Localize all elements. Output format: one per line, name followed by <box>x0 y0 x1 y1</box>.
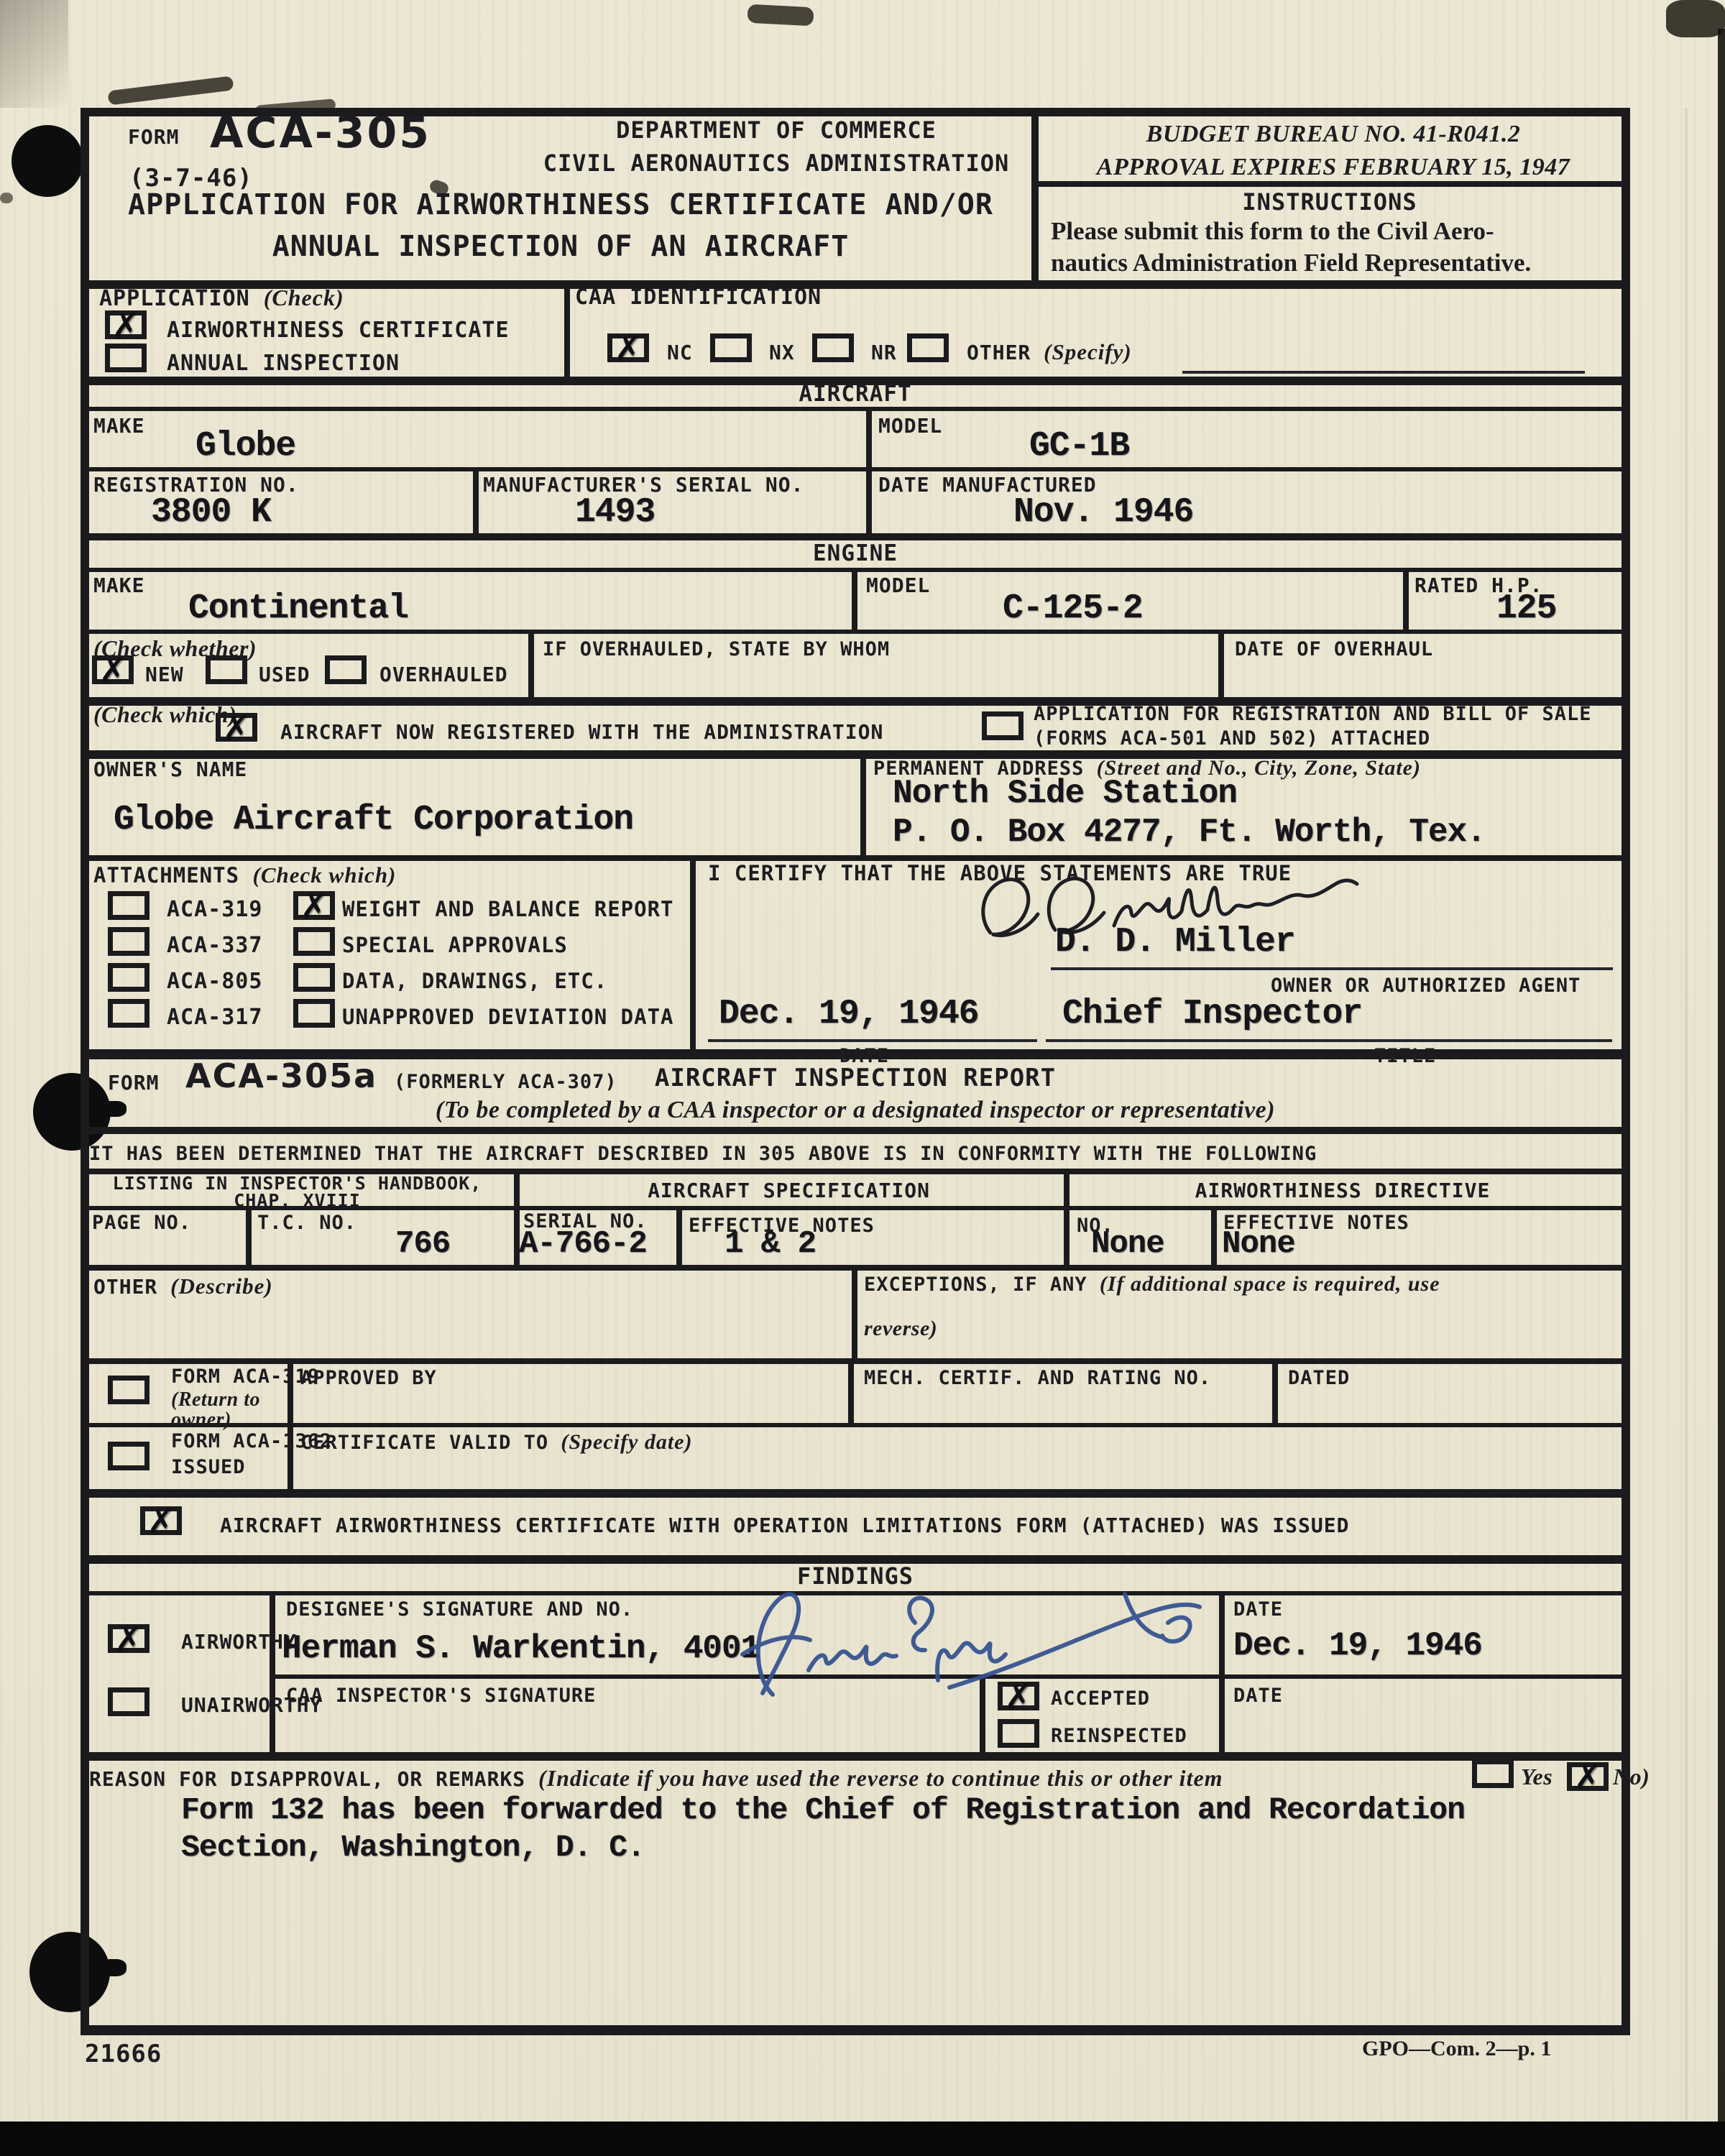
approved-by-label: APPROVED BY <box>300 1367 437 1389</box>
overhauled-checkbox <box>325 655 367 684</box>
rule <box>852 568 857 630</box>
title-line <box>1046 1039 1612 1042</box>
aca-319-label: ACA-319 <box>167 897 262 922</box>
exceptions-label-line1: EXCEPTIONS, IF ANY (If additional space … <box>864 1272 1440 1296</box>
inspection-report-subtitle: (To be completed by a CAA inspector or a… <box>80 1097 1630 1124</box>
designee-signature-value: Herman S. Warkentin, 4001 <box>282 1630 760 1667</box>
findings-date-label: DATE <box>1233 1598 1283 1621</box>
remarks-no-checkbox: ✗ <box>1567 1762 1609 1791</box>
nc-label: NC <box>667 341 693 364</box>
rule <box>473 467 479 533</box>
owner-address-line1: North Side Station <box>893 775 1237 812</box>
inspection-report-title: AIRCRAFT INSPECTION REPORT <box>80 1064 1630 1092</box>
budget-bureau-line2: APPROVAL EXPIRES FEBRUARY 15, 1947 <box>1046 154 1621 181</box>
weight-balance-label: WEIGHT AND BALANCE REPORT <box>342 897 674 921</box>
scan-corner-shadow <box>0 0 68 108</box>
rule <box>1218 630 1224 697</box>
aca-317-checkbox <box>108 999 149 1028</box>
owner-agent-label: OWNER OR AUTHORIZED AGENT <box>1271 975 1581 997</box>
weight-balance-checkbox: ✗ <box>293 891 335 920</box>
rule <box>80 467 1630 471</box>
certificate-issued-checkbox: ✗ <box>140 1506 182 1535</box>
engine-model-value: C-125-2 <box>1003 589 1143 628</box>
punch-hole <box>11 125 83 197</box>
nx-label: NX <box>769 341 795 364</box>
other-checkbox <box>907 333 949 362</box>
rule <box>866 467 872 533</box>
engine-make-value: Continental <box>188 589 408 628</box>
determination-statement: IT HAS BEEN DETERMINED THAT THE AIRCRAFT… <box>89 1143 1317 1165</box>
nc-checkbox: ✗ <box>607 333 649 362</box>
date-manufactured-value: Nov. 1946 <box>1013 493 1193 532</box>
footer-gpo-imprint: GPO—Com. 2—p. 1 <box>1362 2037 1551 2061</box>
aircraft-section-title: AIRCRAFT <box>80 381 1630 407</box>
rule <box>80 855 1630 861</box>
other-label: OTHER (Specify) <box>967 339 1132 365</box>
remarks-yes-label: Yes <box>1521 1764 1552 1790</box>
airworthiness-certificate-checkbox: ✗ <box>105 310 147 339</box>
scanned-form-page: FORM ACA-305 (3-7-46) DEPARTMENT OF COMM… <box>0 0 1725 2156</box>
special-approvals-checkbox <box>293 927 335 956</box>
punch-hole <box>29 1932 110 2012</box>
rule <box>80 1752 1630 1761</box>
rule <box>1031 108 1039 280</box>
accepted-label: ACCEPTED <box>1051 1687 1150 1710</box>
certify-date-value: Dec. 19, 1946 <box>719 995 978 1033</box>
used-label: USED <box>259 663 310 686</box>
tc-no-value: 766 <box>395 1226 450 1262</box>
unapproved-deviation-label: UNAPPROVED DEVIATION DATA <box>342 1005 674 1029</box>
rule <box>80 1489 1630 1498</box>
bill-of-sale-checkbox <box>982 711 1023 740</box>
nr-checkbox <box>812 333 854 362</box>
scan-smudge <box>1666 0 1725 37</box>
handbook-header-line2: CHAP. XVIII <box>80 1190 514 1211</box>
certify-title-value: Chief Inspector <box>1062 995 1362 1033</box>
instructions-line1: Please submit this form to the Civil Aer… <box>1051 217 1494 246</box>
form-label: FORM <box>128 125 179 149</box>
rule <box>80 1423 1630 1427</box>
designee-signature-label: DESIGNEE'S SIGNATURE AND NO. <box>286 1598 633 1621</box>
rule <box>848 1358 854 1423</box>
scan-bottom-band <box>0 2122 1725 2156</box>
remarks-no-label: No) <box>1613 1764 1650 1790</box>
rule <box>80 407 1630 411</box>
aircraft-make-value: Globe <box>195 427 295 466</box>
airworthy-checkbox: ✗ <box>108 1624 149 1653</box>
rule <box>80 1358 1630 1364</box>
remarks-label: REASON FOR DISAPPROVAL, OR REMARKS (Indi… <box>89 1765 1223 1792</box>
rule <box>80 630 1630 634</box>
instructions-title: INSTRUCTIONS <box>1039 188 1621 216</box>
form-aca-319-name: FORM ACA-319 <box>171 1365 320 1388</box>
form-aca-319-return2: owner) <box>171 1409 231 1432</box>
rule <box>1031 181 1630 187</box>
rule <box>246 1206 252 1265</box>
rule <box>80 533 1630 540</box>
airworthiness-directive-header: AIRWORTHINESS DIRECTIVE <box>1064 1179 1621 1202</box>
aca-337-checkbox <box>108 927 149 956</box>
other-specify-line <box>1182 371 1585 374</box>
other-describe-label: OTHER (Describe) <box>93 1273 273 1299</box>
footer-serial-number: 21666 <box>85 2040 162 2068</box>
department-line: DEPARTMENT OF COMMERCE <box>521 116 1031 144</box>
reinspected-label: REINSPECTED <box>1051 1725 1187 1747</box>
certificate-valid-label: CERTIFICATE VALID TO (Specify date) <box>300 1430 692 1455</box>
scan-smudge <box>0 193 13 203</box>
form-title-line2: ANNUAL INSPECTION OF AN AIRCRAFT <box>93 230 1028 263</box>
special-approvals-label: SPECIAL APPROVALS <box>342 933 568 957</box>
form-number: ACA-305 <box>210 108 431 158</box>
attachments-label: ATTACHMENTS (Check which) <box>93 862 396 888</box>
department-line: CIVIL AERONAUTICS ADMINISTRATION <box>521 149 1031 177</box>
data-drawings-checkbox <box>293 963 335 992</box>
nr-label: NR <box>871 341 897 364</box>
form-title-line1: APPLICATION FOR AIRWORTHINESS CERTIFICAT… <box>93 188 1028 221</box>
form-border-bottom <box>80 2025 1630 2035</box>
overhauled-by-label: IF OVERHAULED, STATE BY WHOM <box>543 638 890 660</box>
caa-identification-label: CAA IDENTIFICATION <box>575 285 822 310</box>
annual-inspection-checkbox <box>105 344 147 372</box>
exceptions-label-line2: reverse) <box>864 1317 937 1341</box>
remarks-text-line2: Section, Washington, D. C. <box>181 1830 645 1865</box>
used-checkbox <box>206 655 247 684</box>
rule <box>1403 568 1409 630</box>
registration-no-value: 3800 K <box>151 493 271 532</box>
certificate-issued-label: AIRCRAFT AIRWORTHINESS CERTIFICATE WITH … <box>220 1514 1349 1537</box>
directive-notes-value: None <box>1222 1226 1295 1262</box>
punch-hole-tail <box>101 1959 126 1976</box>
rule <box>860 750 866 855</box>
findings-date2-label: DATE <box>1233 1685 1283 1707</box>
aca-805-label: ACA-805 <box>167 969 262 994</box>
airworthiness-certificate-label: AIRWORTHINESS CERTIFICATE <box>167 318 510 343</box>
findings-date-value: Dec. 19, 1946 <box>1233 1627 1482 1664</box>
form-aca-1362-checkbox <box>108 1442 149 1470</box>
engine-model-label: MODEL <box>866 573 930 597</box>
scan-smudge <box>747 4 814 27</box>
rule <box>676 1206 682 1265</box>
scan-smudge <box>107 75 234 105</box>
data-drawings-label: DATA, DRAWINGS, ETC. <box>342 969 607 993</box>
new-checkbox: ✗ <box>92 655 134 684</box>
form-aca-319-checkbox <box>108 1376 149 1404</box>
owner-name-value: Globe Aircraft Corporation <box>114 801 633 839</box>
engine-section-title: ENGINE <box>80 540 1630 566</box>
aircraft-make-label: MAKE <box>93 414 144 438</box>
aca-317-label: ACA-317 <box>167 1005 262 1030</box>
aircraft-model-label: MODEL <box>878 414 942 438</box>
bill-of-sale-line1: APPLICATION FOR REGISTRATION AND BILL OF… <box>1034 703 1592 725</box>
rule <box>528 630 534 697</box>
remarks-text-line1: Form 132 has been forwarded to the Chief… <box>181 1792 1465 1828</box>
dated-label: DATED <box>1288 1367 1350 1389</box>
remarks-yes-checkbox <box>1472 1759 1514 1788</box>
registered-label: AIRCRAFT NOW REGISTERED WITH THE ADMINIS… <box>280 720 883 744</box>
rule <box>690 855 696 1049</box>
budget-bureau-line1: BUDGET BUREAU NO. 41-R041.2 <box>1046 121 1621 148</box>
rule <box>852 1265 857 1358</box>
certify-signer-name: D. D. Miller <box>1055 923 1295 962</box>
tc-no-label: T.C. NO. <box>257 1212 356 1234</box>
aircraft-model-value: GC-1B <box>1029 427 1129 466</box>
form-aca-1362-issued: ISSUED <box>171 1456 246 1478</box>
unairworthy-checkbox <box>108 1687 149 1716</box>
caa-inspector-signature-label: CAA INSPECTOR'S SIGNATURE <box>286 1685 596 1707</box>
aca-337-label: ACA-337 <box>167 933 262 958</box>
rule <box>270 1591 275 1752</box>
rule <box>1272 1358 1278 1423</box>
instructions-line2: nautics Administration Field Representat… <box>1051 249 1531 277</box>
mfr-serial-value: 1493 <box>575 493 655 532</box>
rule <box>866 407 872 467</box>
rule <box>1211 1206 1217 1265</box>
aca-805-checkbox <box>108 963 149 992</box>
bill-of-sale-line2: (FORMS ACA-501 AND 502) ATTACHED <box>1034 727 1430 750</box>
serial-no-value: A-766-2 <box>519 1226 647 1262</box>
annual-inspection-label: ANNUAL INSPECTION <box>167 351 400 376</box>
paper-edge-right <box>1718 29 1725 2122</box>
rated-hp-value: 125 <box>1496 589 1556 628</box>
paper-crease <box>1685 108 1688 2120</box>
effective-notes-value: 1 & 2 <box>724 1226 816 1262</box>
accepted-checkbox: ✗ <box>998 1682 1039 1710</box>
rule <box>564 280 570 377</box>
nx-checkbox <box>710 333 752 362</box>
unapproved-deviation-checkbox <box>293 999 335 1028</box>
aca-319-checkbox <box>108 891 149 920</box>
registered-checkbox: ✗ <box>216 713 257 742</box>
mech-certif-label: MECH. CERTIF. AND RATING NO. <box>864 1367 1211 1389</box>
engine-make-label: MAKE <box>93 573 144 597</box>
new-label: NEW <box>145 663 184 686</box>
owner-address-line2: P. O. Box 4277, Ft. Worth, Tex. <box>893 814 1486 851</box>
owner-name-label: OWNER'S NAME <box>93 757 247 781</box>
airworthy-label: AIRWORTHY <box>181 1630 297 1654</box>
page-no-label: PAGE NO. <box>92 1212 191 1234</box>
overhaul-date-label: DATE OF OVERHAUL <box>1235 638 1433 660</box>
date-line <box>708 1039 1037 1042</box>
aircraft-spec-header: AIRCRAFT SPECIFICATION <box>514 1179 1064 1202</box>
reinspected-checkbox <box>998 1719 1039 1748</box>
directive-no-value: None <box>1091 1226 1164 1262</box>
overhauled-label: OVERHAULED <box>379 663 508 686</box>
rule <box>80 1127 1630 1134</box>
signature-line <box>1051 967 1613 970</box>
